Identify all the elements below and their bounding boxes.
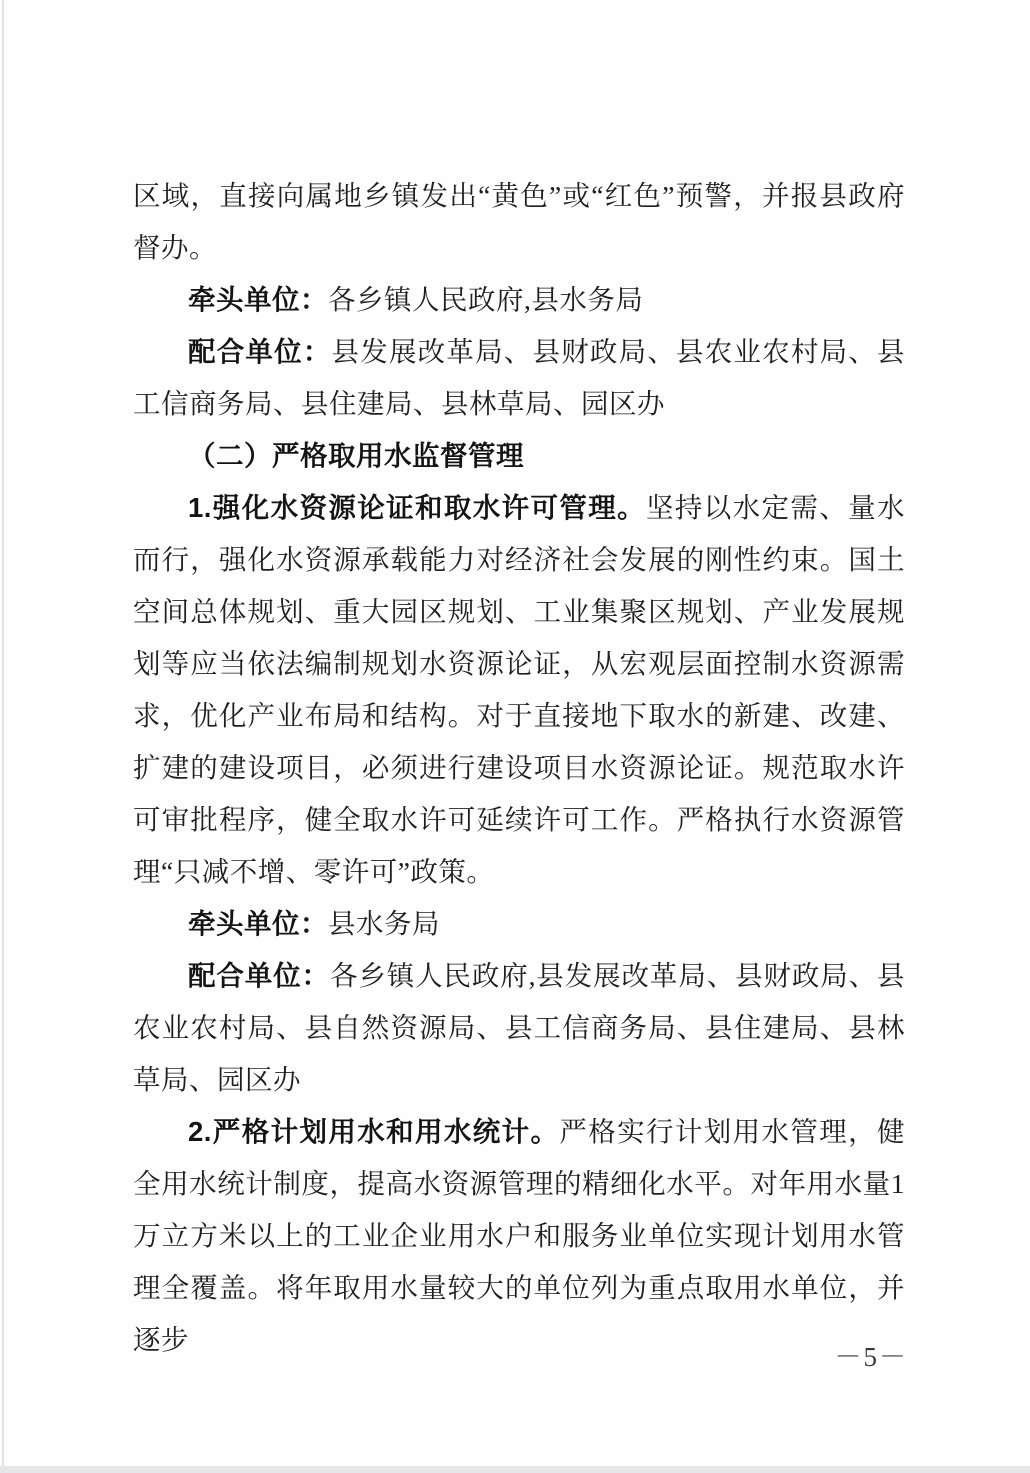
paragraph-continuation: 区域，直接向属地乡镇发出“黄色”或“红色”预警，并报县政府督办。 bbox=[133, 170, 905, 274]
item-1-title: 1.强化水资源论证和取水许可管理。 bbox=[188, 492, 646, 523]
lead-unit-label: 牵头单位： bbox=[188, 908, 328, 939]
paragraph-lead-unit: 牵头单位：各乡镇人民政府,县水务局 bbox=[133, 274, 905, 326]
scan-left-edge-artifact bbox=[2, 0, 4, 1473]
document-page: 区域，直接向属地乡镇发出“黄色”或“红色”预警，并报县政府督办。 牵头单位：各乡… bbox=[0, 0, 1030, 1473]
section-heading: （二）严格取用水监督管理 bbox=[133, 430, 905, 482]
paragraph-text: 坚持以水定需、量水而行，强化水资源承载能力对经济社会发展的刚性约束。国土空间总体… bbox=[133, 492, 905, 887]
paragraph-lead-unit: 牵头单位：县水务局 bbox=[133, 898, 905, 950]
scan-bottom-edge-artifact bbox=[0, 1466, 1030, 1473]
support-unit-label: 配合单位： bbox=[188, 336, 332, 367]
page-number: －5－ bbox=[835, 1342, 909, 1372]
lead-unit-label: 牵头单位： bbox=[188, 284, 328, 315]
paragraph-text: 区域，直接向属地乡镇发出“黄色”或“红色”预警，并报县政府督办。 bbox=[133, 180, 905, 263]
paragraph-text: 各乡镇人民政府,县水务局 bbox=[328, 284, 643, 315]
paragraph-support-unit: 配合单位：县发展改革局、县财政局、县农业农村局、县工信商务局、县住建局、县林草局… bbox=[133, 326, 905, 430]
paragraph-item-2: 2.严格计划用水和用水统计。严格实行计划用水管理，健全用水统计制度，提高水资源管… bbox=[133, 1106, 905, 1366]
paragraph-item-1: 1.强化水资源论证和取水许可管理。坚持以水定需、量水而行，强化水资源承载能力对经… bbox=[133, 482, 905, 898]
support-unit-label: 配合单位： bbox=[188, 960, 330, 991]
item-2-title: 2.严格计划用水和用水统计。 bbox=[188, 1116, 559, 1147]
paragraph-text: 严格实行计划用水管理，健全用水统计制度，提高水资源管理的精细化水平。对年用水量1… bbox=[133, 1116, 905, 1355]
paragraph-text: 县水务局 bbox=[328, 908, 440, 939]
paragraph-support-unit: 配合单位：各乡镇人民政府,县发展改革局、县财政局、县农业农村局、县自然资源局、县… bbox=[133, 950, 905, 1106]
document-body: 区域，直接向属地乡镇发出“黄色”或“红色”预警，并报县政府督办。 牵头单位：各乡… bbox=[133, 170, 905, 1366]
section-heading-text: （二）严格取用水监督管理 bbox=[188, 440, 524, 471]
